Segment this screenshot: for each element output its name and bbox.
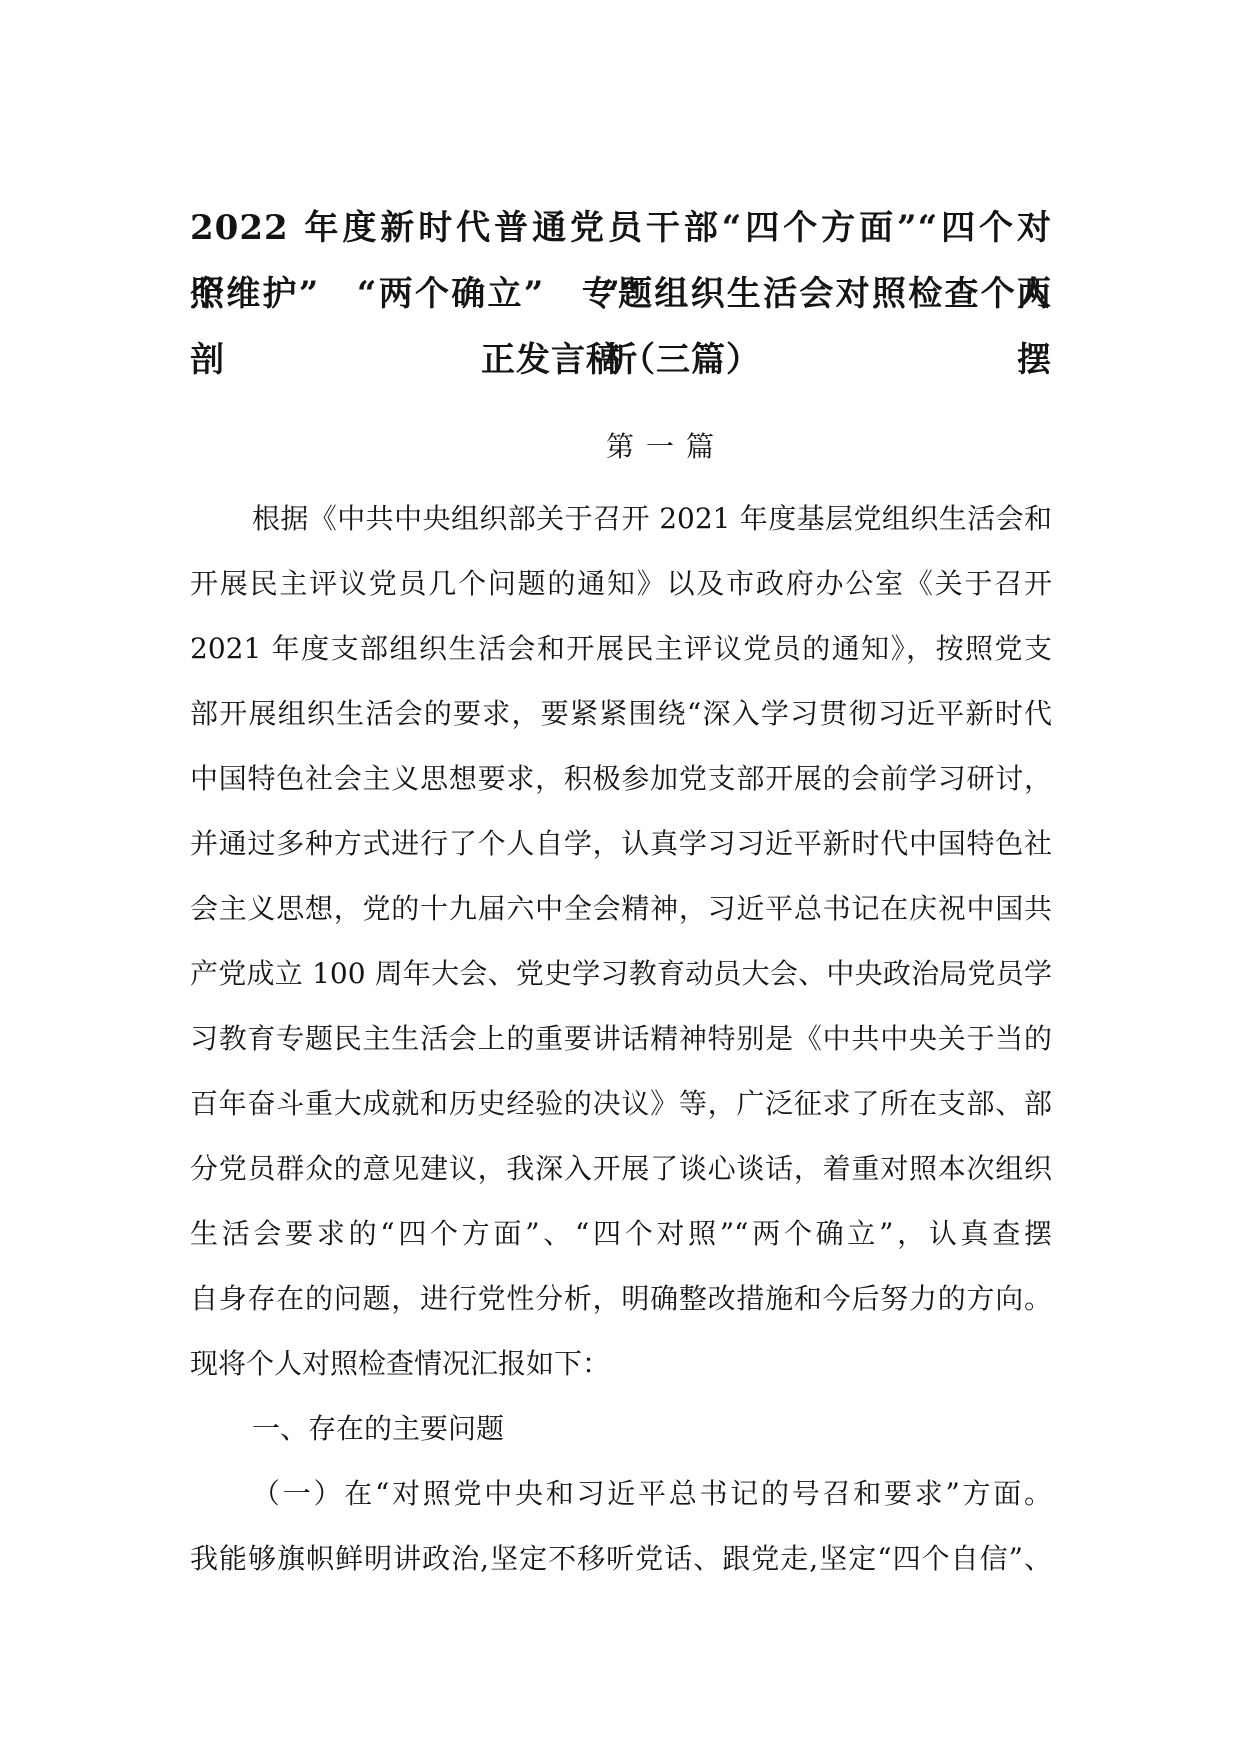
body-line: 会主义思想，党的十九届六中全会精神，习近平总书记在庆祝中国共 bbox=[190, 876, 1052, 941]
document-title: 2022 年度新时代普通党员干部“四个方面”“四个对照”“两 个维护” “两个确… bbox=[190, 195, 1052, 393]
body-line: 中国特色社会主义思想要求，积极参加党支部开展的会前学习研讨， bbox=[190, 746, 1052, 811]
document-title-line-2: 个维护” “两个确立” 专题组织生活会对照检查个人剖析摆 bbox=[190, 261, 1052, 327]
body-line: 分党员群众的意见建议，我深入开展了谈心谈话，着重对照本次组织 bbox=[190, 1136, 1052, 1201]
body-line: 我能够旗帜鲜明讲政治,坚定不移听党话、跟党走,坚定“四个自信”、 bbox=[190, 1526, 1052, 1591]
document-page: 2022 年度新时代普通党员干部“四个方面”“四个对照”“两 个维护” “两个确… bbox=[0, 0, 1241, 1755]
body-line: 产党成立 100 周年大会、党史学习教育动员大会、中央政治局党员学 bbox=[190, 941, 1052, 1006]
body-line: 生活会要求的“四个方面”、“四个对照”“两个确立”，认真查摆 bbox=[190, 1201, 1052, 1266]
body-line: 一、存在的主要问题 bbox=[190, 1396, 1052, 1461]
body-line: 自身存在的问题，进行党性分析，明确整改措施和今后努力的方向。 bbox=[190, 1266, 1052, 1331]
body-line: 现将个人对照检查情况汇报如下： bbox=[190, 1331, 1052, 1396]
section-heading: 第一篇 bbox=[606, 431, 726, 463]
body-line: （一）在“对照党中央和习近平总书记的号召和要求”方面。 bbox=[190, 1461, 1052, 1526]
body-line: 2021 年度支部组织生活会和开展民主评议党员的通知》，按照党支 bbox=[190, 616, 1052, 681]
body-line: 部开展组织生活会的要求，要紧紧围绕“深入学习贯彻习近平新时代 bbox=[190, 681, 1052, 746]
body-line: 习教育专题民主生活会上的重要讲话精神特别是《中共中央关于当的 bbox=[190, 1006, 1052, 1071]
document-body: 根据《中共中央组织部关于召开 2021 年度基层党组织生活会和 开展民主评议党员… bbox=[190, 486, 1052, 1591]
body-line: 根据《中共中央组织部关于召开 2021 年度基层党组织生活会和 bbox=[190, 486, 1052, 551]
body-line: 开展民主评议党员几个问题的通知》以及市政府办公室《关于召开 bbox=[190, 551, 1052, 616]
body-line: 百年奋斗重大成就和历史经验的决议》等，广泛征求了所在支部、部 bbox=[190, 1071, 1052, 1136]
document-title-line-1: 2022 年度新时代普通党员干部“四个方面”“四个对照”“两 bbox=[190, 195, 1052, 261]
body-line: 并通过多种方式进行了个人自学，认真学习习近平新时代中国特色社 bbox=[190, 811, 1052, 876]
